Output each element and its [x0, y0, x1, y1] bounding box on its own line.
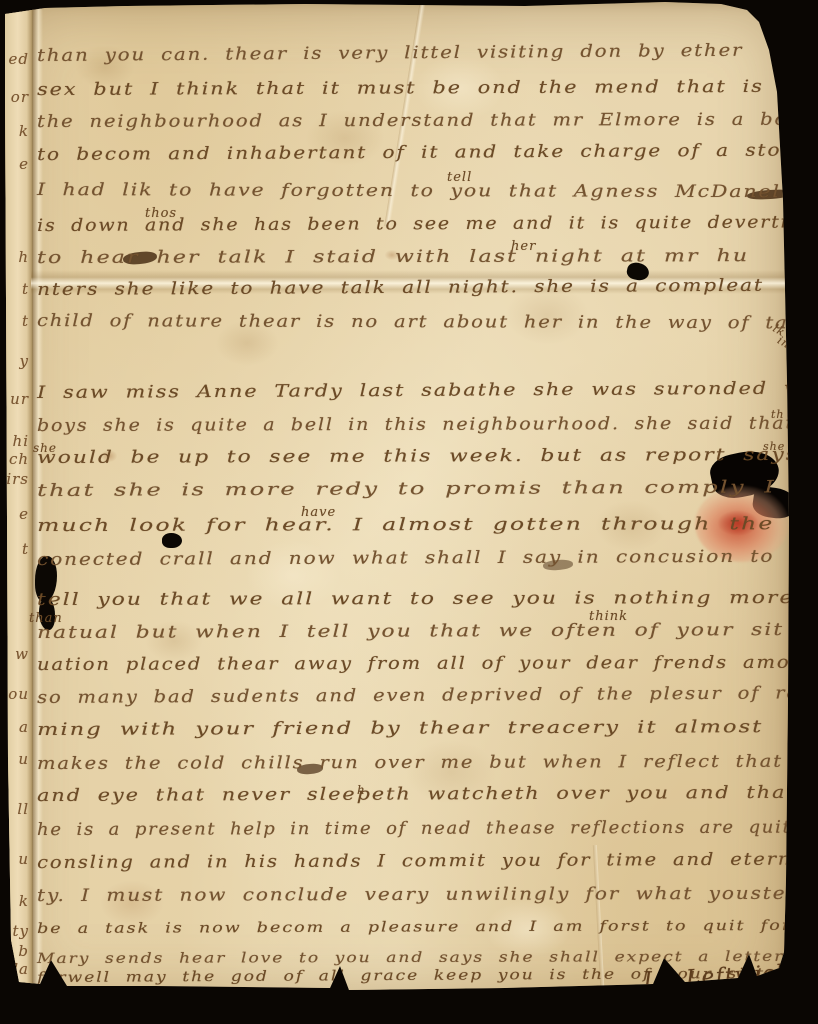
- margin-fragment: w: [15, 645, 29, 663]
- letter-line: to hear her talk I staid with last night…: [37, 248, 749, 267]
- margin-fragment: lla: [7, 960, 29, 978]
- margin-fragment: ty: [12, 922, 29, 940]
- margin-fragment: for: [4, 980, 29, 998]
- margin-fragment: h: [18, 248, 29, 266]
- interlinear-insertion: th: [771, 408, 785, 421]
- postscript-initials: P S: [433, 988, 466, 1004]
- letter-line: tell you that we all want to see you is …: [37, 590, 794, 609]
- letter-line: Mary sends hear love to you and says she…: [37, 950, 818, 966]
- margin-fragment: b: [18, 942, 29, 960]
- interlinear-insertion: h: [357, 783, 366, 797]
- margin-fragment: k: [19, 892, 29, 910]
- letter-line: be a task is now becom a pleasure and I …: [37, 918, 818, 936]
- margin-fragment: or: [11, 88, 29, 106]
- margin-fragment: ed: [9, 50, 29, 68]
- letter-line: uation placed thear away from all of you…: [37, 655, 818, 674]
- interlinear-insertion: than: [29, 611, 63, 626]
- interlinear-insertion: have: [301, 505, 336, 520]
- letter-line: the neighbourhood as I understand that m…: [37, 112, 812, 131]
- margin-fragment: a: [19, 718, 29, 736]
- interlinear-insertion: her: [511, 239, 536, 254]
- margin-fragment: irs: [6, 470, 29, 488]
- letter-line: that she is more redy to promis than com…: [37, 479, 776, 500]
- margin-fragment: u: [18, 750, 29, 768]
- interlinear-insertion: tell: [447, 170, 472, 185]
- letter-line: consling and in his hands I commit you f…: [37, 852, 800, 872]
- letter-line: nters she like to have talk all night. s…: [37, 278, 764, 299]
- letter-line: I saw miss Anne Tardy last sabathe she w…: [37, 381, 812, 402]
- margin-fragment: hi: [13, 432, 29, 450]
- margin-fragment: e: [19, 155, 29, 173]
- margin-fragment: ou: [8, 685, 29, 703]
- letter-line: ming with your friend by thear treacery …: [37, 719, 763, 739]
- margin-fragment: t: [22, 280, 29, 298]
- letter-line: makes the cold chills run over me but wh…: [37, 754, 783, 773]
- letter-line: ty. I must now conclude veary unwilingly…: [37, 886, 798, 905]
- margin-fragment: t: [22, 540, 29, 558]
- letter-line: much look for hear. I almost gotten thro…: [37, 516, 775, 535]
- letter-line: to becom and inhabertant of it and take …: [37, 142, 807, 164]
- fold-strip: ed or k e h t t y ur hi ch irs e t w ou …: [5, 0, 33, 1008]
- letter-paper: ed or k e h t t y ur hi ch irs e t w ou …: [5, 0, 791, 1008]
- signature: J B Leftwich: [642, 960, 791, 992]
- interlinear-insertion: t: [781, 136, 787, 150]
- letter-line: he is a present help in time of nead the…: [37, 819, 804, 839]
- interlinear-insertion: thos: [145, 206, 177, 221]
- margin-fragment: t: [22, 312, 29, 330]
- letter-line: sex but I think that it must be ond the …: [37, 79, 764, 99]
- margin-fragment: ur: [10, 390, 29, 408]
- margin-fragment: u: [18, 850, 29, 868]
- letter-line: conected crall and now what shall I say …: [37, 549, 774, 569]
- letter-line: boys she is quite a bell in this neighbo…: [37, 416, 795, 435]
- letter-line: natual but when I tell you that we often…: [37, 622, 784, 642]
- margin-fragment: k: [19, 122, 29, 140]
- margin-fragment: e: [19, 505, 29, 523]
- margin-fragment: ll: [17, 800, 29, 818]
- interlinear-insertion: ing: [775, 334, 799, 356]
- letter-line: and eye that never sleepeth watcheth ove…: [37, 785, 797, 805]
- interlinear-insertion: she: [763, 440, 785, 453]
- interlinear-insertion: she: [33, 441, 57, 455]
- letter-line: than you can. thear is very littel visit…: [37, 43, 743, 65]
- interlinear-insertion: think: [589, 609, 628, 624]
- letter-line: I had lik to have forgotten to you that …: [37, 182, 781, 201]
- letter-line: would be up to see me this week. but as …: [37, 447, 799, 467]
- postscript-text: answer this with out fail: [513, 990, 740, 1006]
- letter-line: child of nature thear is no art about he…: [37, 313, 789, 332]
- letter-line: so many bad sudents and even deprived of…: [37, 685, 814, 707]
- margin-fragment: y: [20, 352, 29, 370]
- margin-fragment: ch: [9, 450, 29, 468]
